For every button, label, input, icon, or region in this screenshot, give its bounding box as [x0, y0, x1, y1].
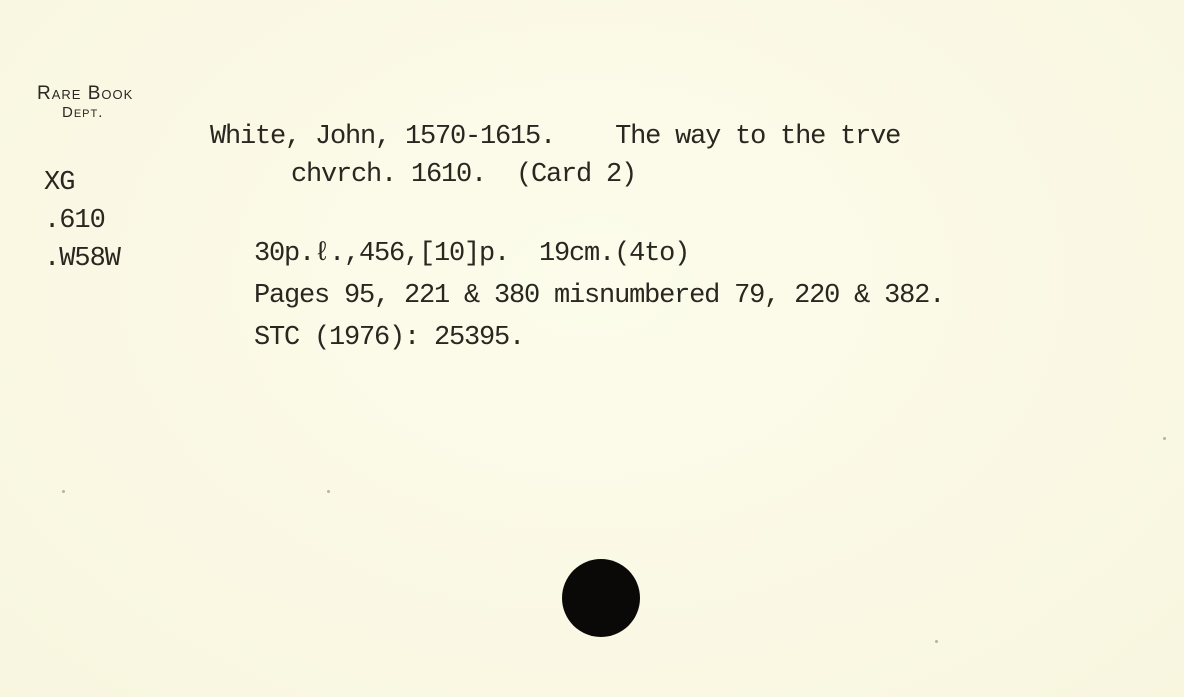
paper-speck — [1163, 437, 1166, 440]
call-number-line: XG — [44, 164, 120, 202]
call-number-line: .610 — [44, 202, 120, 240]
location-label-line1: Rare Book — [37, 83, 133, 105]
catalog-card: Rare Book Dept. XG .610 .W58W White, Joh… — [0, 0, 1184, 697]
call-number: XG .610 .W58W — [44, 164, 120, 278]
pagination-note: Pages 95, 221 & 380 misnumbered 79, 220 … — [254, 281, 944, 311]
collation: 30p.ℓ.,456,[10]p. 19cm.(4to) — [254, 239, 689, 269]
paper-speck — [935, 640, 938, 643]
heading-line1: White, John, 1570-1615. The way to the t… — [210, 122, 900, 152]
stc-reference: STC (1976): 25395. — [254, 323, 524, 353]
call-number-line: .W58W — [44, 240, 120, 278]
paper-speck — [327, 490, 330, 493]
paper-speck — [62, 490, 65, 493]
heading-line2: chvrch. 1610. (Card 2) — [291, 160, 636, 190]
location-label-line2: Dept. — [62, 104, 103, 121]
punch-hole-icon — [562, 559, 640, 637]
